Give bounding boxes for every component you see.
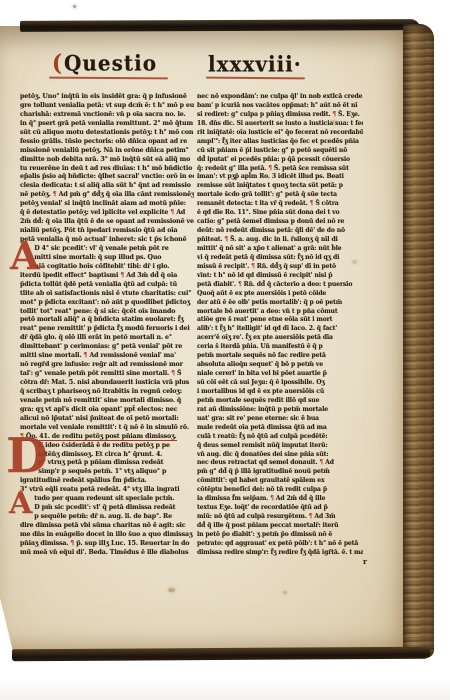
text-line: mot° p p̄dicta excitant': nō aūt p quodl… (20, 298, 194, 307)
text-line: mortale s̄cdo grā tollit': g° petā q̄ sū… (197, 190, 363, 199)
page-content: (Questio lxxxviii· petōʒ. Uno° inq̄tū in… (0, 0, 450, 700)
text-line: dimissa redire simp'r: f̄ʒ redire f̄ʒ q̄… (197, 548, 363, 557)
text-line: p sequēle petm̄: dr̄ n. aug. li. de bap°… (20, 512, 194, 521)
running-title-right-text: lxxxviii· (208, 51, 302, 76)
text-line: tu reuerēne in deū t ad res diuīas: t h°… (20, 164, 194, 173)
text-line: missionē venialiū petōʒ. Nā in orōne dñi… (20, 146, 194, 155)
text-line: dimitte nob debita nrā. 3° mō inq̄tū sūt… (20, 155, 194, 164)
text-line: gra: qʒ vt apl's dicit oīa opant' ppt̄ e… (20, 405, 194, 414)
text-column-left: petōʒ. Uno° inq̄tū in eis insidēt gra: q… (20, 92, 194, 557)
text-line: tal': g° venale petm̄ pōt remitti sine m… (20, 369, 194, 378)
text-line: absoluta alioq̄n sequet' q̄ bō p petm̄ v… (197, 360, 363, 369)
foxing-spot (73, 5, 76, 8)
text-line: acerr'ē oīʒ re'. f̄ʒ ex pte auersīōis pe… (197, 333, 363, 342)
text-line: alicui nō ip̄utat' nisi p̄niteat de oī p… (20, 414, 194, 423)
text-line: venale petm̄ nō remittit' sine mortali d… (20, 396, 194, 405)
running-title-left-text: Questio (64, 50, 157, 75)
text-line: q̄ deus semel remisit nūq̄ imputat iterū… (197, 441, 363, 450)
text-line: charishā: extremā vnctionē: vn̄ p oīa sa… (20, 110, 194, 119)
foxing-spot (352, 260, 357, 264)
text-line: petōʒ venial' si inq̄tū inclināt aīam ad… (20, 199, 194, 208)
text-line: niā cogitatio hoīs cōfitebit' tibi: dr̄ … (20, 262, 194, 271)
text-line: deūt: nō redeūt dimissa petā: q̄li dē' d… (197, 226, 363, 235)
text-line: remisse sūt iniq̄tates t quoʒ tecta sūt … (197, 181, 363, 190)
text-line: 3° vtrū eq̄li reatu petā redeāt. 4° vtʒ … (20, 485, 194, 494)
text-line: alib': t f̄ʒ h° itelligit' id qd dī Iaco… (197, 324, 363, 333)
text-line: rat aū dimissiōne: inq̄tū p petm̄ mortal… (197, 405, 363, 414)
text-line: mitti sine mortali. ¶ Ad remissionē veni… (20, 351, 194, 360)
text-line: reat° pene remittit' p p̄dicta f̄ʒ modū … (20, 324, 194, 333)
text-line: der atū ē ēe olb' petīs mortalib': q̄ p … (197, 298, 363, 307)
foxing-spot (332, 120, 336, 124)
text-line: cōmittit': qd habet grauitatē spālem ex (197, 476, 363, 485)
rubric-paren-mark: ( (52, 49, 63, 76)
text-line: petm̄ mortale sequēs redit illō qd sue (197, 396, 363, 405)
text-line: tollit' tot° reat° pene: q̄ si sic: q̄cē… (20, 307, 194, 316)
text-line: dd̄ q̄ ille q̄ post pn̄iam peccat mortal… (197, 521, 363, 530)
text-line: dr̄ q̄dā glo. q̄ olō illi erāt in petō m… (20, 333, 194, 342)
text-line: nec nō expondām': ne culpa q̄l' in nob e… (197, 92, 363, 101)
text-line: petrato: qd aggrauat' ex petō pōib': t h… (197, 539, 363, 548)
text-line: 2m̄ dd̄: q̄ oīa illa q̄tū ē de se opant … (20, 217, 194, 226)
text-line: bam' p icuriā nos vacātes opp̄mat: h° aū… (197, 101, 363, 110)
text-line: missū ē recipit'. ¶ Rn̄. dd̄ʒ q̄ sup' dī… (197, 262, 363, 271)
text-line: cōtra dr̄: Mat. 5. nisi abundauerit iust… (20, 378, 194, 387)
text-line: catio: g° petā s̄emel dimissa p donū dei… (197, 217, 363, 226)
text-line: dire dimissa petā vbi sūma charitas nō ē… (20, 521, 194, 530)
text-line: ceria s̄ iterdā pn̄ia. Un̄ manifestū ē q… (197, 342, 363, 351)
text-line: dimittebant' p cerimonias: g° petā venia… (20, 342, 194, 351)
text-line: tlite ab oī satisfactionis nisi ē vtute … (20, 289, 194, 298)
text-line: petm̄ mortale sequēs nō fac redire petā (197, 351, 363, 360)
text-line: atiōe gre s̄ reat' pene etne eōia sūt i … (197, 315, 363, 324)
text-line: me dn̄s in euāgelio docet in illo s̄uo a… (20, 530, 194, 539)
text-line: in petō p̄o dīabit': ʒ petm̄ p̄o dimissū… (197, 530, 363, 539)
text-line: sū cōi eēt cā sui Jeʒu: q̄ ē ipossibile.… (197, 378, 363, 387)
text-line: niale cererl' in bita vel bī pōet auarti… (197, 369, 363, 378)
running-title-folio: lxxxviii· (208, 51, 302, 76)
lombard-initial-a: A (9, 492, 32, 515)
text-line: iman': vt pʒp̄ apl̄m Ro. 3 idicēt illud … (197, 172, 363, 181)
text-line: petō mortali aliq̄° a q̄ bñdicta statim … (20, 315, 194, 324)
text-line: petōʒ. Uno° inq̄tū in eis insidēt gra: q… (20, 92, 194, 101)
text-line: fessio grālis. tūsio pectoris: olō dñica… (20, 137, 194, 146)
text-line: nē petōʒ. ¶ Ad pm̄ g° dd̄ʒ q̄ oīa illa c… (20, 190, 194, 199)
text-line: D pm̄ sic pcedit': vl' q̄ petā dimissa r… (20, 503, 194, 512)
text-line: mortale bō auertit' a deo: vn̄ t p pn̄a … (197, 307, 363, 316)
text-line: uat' gra: sit re' pene eterne: sic ē bua (197, 414, 363, 423)
text-line: ampl'°: f̄ʒ iter alias iusticias q̄o fec… (197, 137, 363, 146)
text-line: textus Eʒe. loq̄t' de recordatiōe q̄tū a… (197, 503, 363, 512)
text-line: p̄dicta tollūt q̄dē petā venialia q̄tū a… (20, 280, 194, 289)
foxing-spot (283, 591, 287, 594)
text-column-right: nec nō expondām': ne culpa q̄l' in nob e… (197, 92, 363, 557)
text-line: male redeūt oīa petā dimissa q̄tū ad ma (197, 423, 363, 432)
text-line: gre tollunt venialia petā: vt sup dcm̄ ē… (20, 101, 194, 110)
text-line: rit iniq̄tatē: oīa iusticie ei° q̄o fece… (197, 128, 363, 137)
text-line: in q̄° psert grā petā venialia remittunt… (20, 119, 194, 128)
text-line: clesia dedicata: t si aliq̄ alia sūt h° … (20, 181, 194, 190)
running-title-questio: (Questio (52, 49, 157, 76)
text-line: petā venialia q̄ mō actual' inheret: sic… (20, 235, 194, 244)
text-line: miū: nō q̄tū ad culpā resurgētem. ¶ Ad 3… (197, 512, 363, 521)
text-line: petā dīabit'. ¶ Rn̄. dd̄ q̄ cācterīo a d… (197, 280, 363, 289)
text-line: ia dimissa f̄m seip̄am. ¶ Ad 2m̄ dd̄ q̄ … (197, 494, 363, 503)
text-line: tudo per quam redeunt sit speciale pctm̄… (20, 494, 194, 503)
text-line: si rediret: g° culpa p pn̄iaʒ dimissa re… (197, 110, 363, 119)
text-line: nialiū petōʒ. Pōt tn̄ ipedari remissio q… (20, 226, 194, 235)
text-line: dd̄ iputat' ei pcedēs pn̄ia: p q̄ā pcess… (197, 155, 363, 164)
text-line: q̄ ē detestatio petōʒ: vel iplicite vel … (20, 208, 194, 217)
text-line: nec deus retractat qd semel donauit. ¶ A… (197, 458, 363, 467)
rubric-underline-left (49, 77, 168, 80)
text-line: mū meā vn̄ eq̄ui di'. Beda. Timēdus ē il… (20, 548, 194, 557)
text-line: vi q̄ redeāt petā q̄ dimissa sūt: f̄ʒ nō… (197, 253, 363, 262)
text-line: mittit' q̄ nō sit' a xp̄o t alienat' a g… (197, 244, 363, 253)
text-line: i mortalibus id qd ē ex pte auersīōis cū (197, 387, 363, 396)
text-line: nō regr̄d gre infusio: reḡr ait ad remis… (20, 360, 194, 369)
text-line: culā t reatū: f̄ʒ nō q̄tū ad culpā pcedē… (197, 432, 363, 441)
text-line: q̄ scribaʒ t phariseoʒ nō itrabitis in r… (20, 387, 194, 396)
text-line: D 4° sic pcedit': vl' q̄ venale petm̄ pō… (20, 244, 194, 253)
text-line: remanēt detecta: t ita vr̄ q̄ redeāt. ¶ … (197, 199, 363, 208)
lombard-initial-d: D (6, 438, 48, 475)
text-line: q̄: redeūt g° illa petā. ¶ S̄. petā s̄ce… (197, 164, 363, 173)
lombard-initial-a: A (10, 241, 39, 271)
text-line: vīnt: t h° nō id qd dimissū ē recipit' n… (197, 271, 363, 280)
text-line: cū sit pn̄iam ē p̄l iusticie: g° p petō … (197, 146, 363, 155)
text-line: 18. dn̄s dic. Si auerterit se iusto a iu… (197, 119, 363, 128)
text-line: pn̄iteat. ¶ S̄. a. aug. dic in li. r̄sil… (197, 235, 363, 244)
text-line: cōtēptu benefici dei: nō tn̄ redit culpa… (197, 485, 363, 494)
text-line: Quoq̄ aūt ē ex pte auersīōis i petō cōid… (197, 289, 363, 298)
text-line: sūt cū aliquo motu detestationis petōʒ: … (20, 128, 194, 137)
foxing-spot (168, 588, 175, 592)
text-line: iterdū ipedit effect° baptismi ¶ Ad 3m̄ … (20, 271, 194, 280)
text-line: mitti sine mortali: q̄ sup illud ps. Quo (20, 253, 194, 262)
text-line: ē qd dīe Ro. 11°. Sine pn̄ia sūt dona de… (197, 208, 363, 217)
rubric-underline-right (206, 77, 305, 80)
quire-signature: r (363, 557, 367, 566)
text-line: vn̄ aug. dic q̄ donatōes dei sine pn̄ia … (197, 450, 363, 459)
photo-background: (Questio lxxxviii· petōʒ. Uno° inq̄tū in… (0, 0, 450, 700)
text-line: pm̄ g° dd̄ q̄ p̄ illā igratitudinē nouū … (197, 467, 363, 476)
text-line: pn̄iaʒ dimissa. ¶ p̄. sup illʒ Luc. 15. … (20, 539, 194, 548)
text-line: ep̄alis p̄sio aq̄ bñdicte: q̄lbet sacral… (20, 172, 194, 181)
